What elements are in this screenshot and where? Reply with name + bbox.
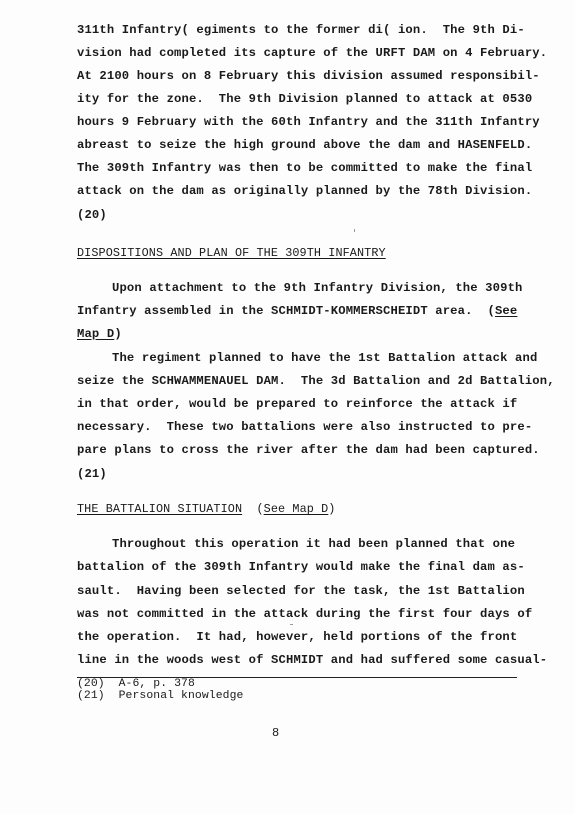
section-heading-dispositions: DISPOSITIONS AND PLAN OF THE 309TH INFAN… (77, 246, 386, 260)
footnote-reference: (21) (77, 467, 107, 481)
text-line: seize the SCHWAMMENAUEL DAM. The 3d Batt… (77, 374, 555, 388)
map-reference-link: See (495, 304, 517, 318)
footnote-item: (21) Personal knowledge (77, 690, 243, 702)
map-reference-link: Map D (77, 327, 114, 341)
heading-title: THE BATTALION SITUATION (77, 502, 242, 516)
text-line: battalion of the 309th Infantry would ma… (77, 560, 525, 574)
footnote-reference: (20) (77, 208, 107, 222)
section-heading-battalion-situation: THE BATTALION SITUATION (See Map D) (77, 502, 335, 516)
page-number: 8 (272, 726, 279, 740)
document-page: 311th Infantry( egiments to the former d… (0, 0, 575, 814)
footnote-item: (20) A-6, p. 378 (77, 678, 195, 690)
text-span: ) (328, 502, 335, 516)
text-line: was not committed in the attack during t… (77, 607, 532, 621)
text-line: Throughout this operation it had been pl… (112, 537, 515, 551)
text-line: attack on the dam as originally planned … (77, 184, 532, 198)
text-line: vision had completed its capture of the … (77, 46, 547, 60)
text-line: At 2100 hours on 8 February this divisio… (77, 69, 540, 83)
footnote-ref: (21) (77, 690, 105, 702)
footnote-text: Personal knowledge (119, 690, 244, 702)
text-line: hours 9 February with the 60th Infantry … (77, 115, 540, 129)
text-line: Infantry assembled in the SCHMIDT-KOMMER… (77, 304, 517, 318)
text-line: in that order, would be prepared to rein… (77, 397, 517, 411)
text-span: ) (114, 327, 121, 341)
map-reference-link: See Map D (264, 502, 329, 516)
text-span: ( (256, 502, 263, 516)
text-line: necessary. These two battalions were als… (77, 420, 532, 434)
footnote-ref: (20) (77, 678, 105, 690)
text-line: The 309th Infantry was then to be commit… (77, 161, 532, 175)
text-line: pare plans to cross the river after the … (77, 443, 540, 457)
text-line: Upon attachment to the 9th Infantry Divi… (112, 281, 523, 295)
text-line: The regiment planned to have the 1st Bat… (112, 351, 537, 365)
text-line: the operation. It had, however, held por… (77, 630, 517, 644)
scan-artifact (354, 229, 355, 232)
text-span: Infantry assembled in the SCHMIDT-KOMMER… (77, 304, 495, 318)
scan-artifact (290, 624, 293, 625)
text-line: line in the woods west of SCHMIDT and ha… (77, 653, 547, 667)
text-line: ity for the zone. The 9th Division plann… (77, 92, 532, 106)
text-line: Map D) (77, 327, 122, 341)
text-line: 311th Infantry( egiments to the former d… (77, 23, 525, 37)
text-line: abreast to seize the high ground above t… (77, 138, 532, 152)
text-line: sault. Having been selected for the task… (77, 584, 525, 598)
footnote-text: A-6, p. 378 (119, 678, 195, 690)
